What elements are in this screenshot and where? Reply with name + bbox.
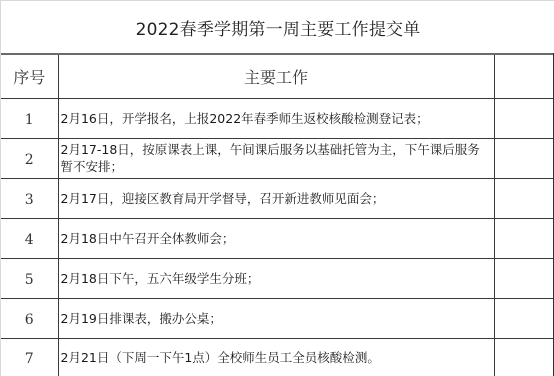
cell-index[interactable]: 4 [1,218,58,258]
row-index: 1 [25,112,34,128]
row-index: 3 [25,192,34,208]
document-title: 2022春季学期第一周主要工作提交单 [1,1,554,53]
cell-index[interactable]: 6 [1,298,58,338]
table-row: 5 2月18日下午，五六年级学生分班； [1,258,554,298]
table-row: 4 2月18日中午召开全体教师会； [1,218,554,258]
row-work-text: 2月18日下午，五六年级学生分班； [59,270,494,287]
table-row: 3 2月17日，迎接区教育局开学督导，召开新进教师见面会； [1,178,554,218]
cell-index[interactable]: 2 [1,138,58,178]
cell-index[interactable]: 3 [1,178,58,218]
cell-index[interactable]: 5 [1,258,58,298]
cell-extra[interactable] [494,338,554,376]
cell-extra[interactable] [494,218,554,258]
cell-index[interactable]: 1 [1,98,58,138]
row-index: 7 [25,351,34,367]
cell-work[interactable]: 2月18日下午，五六年级学生分班； [58,258,494,298]
cell-extra[interactable] [494,258,554,298]
cell-extra[interactable] [494,138,554,178]
cell-work[interactable]: 2月17日，迎接区教育局开学督导，召开新进教师见面会； [58,178,494,218]
table-row: 1 2月16日，开学报名，上报2022年春季师生返校核酸检测登记表； [1,98,554,138]
row-index: 5 [25,272,34,288]
header-cell-index[interactable]: 序号 [1,54,58,98]
header-cell-main-work[interactable]: 主要工作 [58,54,494,98]
header-main-work-label: 主要工作 [59,65,494,88]
cell-work[interactable]: 2月18日中午召开全体教师会； [58,218,494,258]
table-row: 7 2月21日（下周一下午1点）全校师生员工全员核酸检测。 [1,338,554,376]
row-index: 4 [25,232,34,248]
cell-work[interactable]: 2月19日排课表，搬办公桌； [58,298,494,338]
cell-extra[interactable] [494,298,554,338]
cell-work[interactable]: 2月21日（下周一下午1点）全校师生员工全员核酸检测。 [58,338,494,376]
row-work-text: 2月18日中午召开全体教师会； [59,230,494,247]
row-index: 2 [25,152,34,168]
cell-extra[interactable] [494,178,554,218]
cell-extra[interactable] [494,98,554,138]
row-work-text: 2月16日，开学报名，上报2022年春季师生返校核酸检测登记表； [59,110,494,127]
cell-index[interactable]: 7 [1,338,58,376]
header-index-label: 序号 [1,65,58,88]
cell-work[interactable]: 2月17-18日，按原课表上课，午间课后服务以基础托管为主，下午课后服务暂不安排… [58,138,494,178]
row-work-text: 2月21日（下周一下午1点）全校师生员工全员核酸检测。 [59,349,494,366]
row-work-text: 2月19日排课表，搬办公桌； [59,310,494,327]
work-table: 序号 主要工作 1 2月16日，开学报名，上报2022年春季师生返校核酸检测登记… [1,53,554,376]
row-index: 6 [25,312,34,328]
header-cell-extra[interactable] [494,54,554,98]
table-row: 2 2月17-18日，按原课表上课，午间课后服务以基础托管为主，下午课后服务暂不… [1,138,554,178]
row-work-text: 2月17-18日，按原课表上课，午间课后服务以基础托管为主，下午课后服务暂不安排… [59,141,494,175]
table-row: 6 2月19日排课表，搬办公桌； [1,298,554,338]
row-work-text: 2月17日，迎接区教育局开学督导，召开新进教师见面会； [59,190,494,207]
table-header-row: 序号 主要工作 [1,54,554,98]
cell-work[interactable]: 2月16日，开学报名，上报2022年春季师生返校核酸检测登记表； [58,98,494,138]
spreadsheet-document: 2022春季学期第一周主要工作提交单 序号 主要工作 1 2月16日，开学报名，… [0,0,554,376]
